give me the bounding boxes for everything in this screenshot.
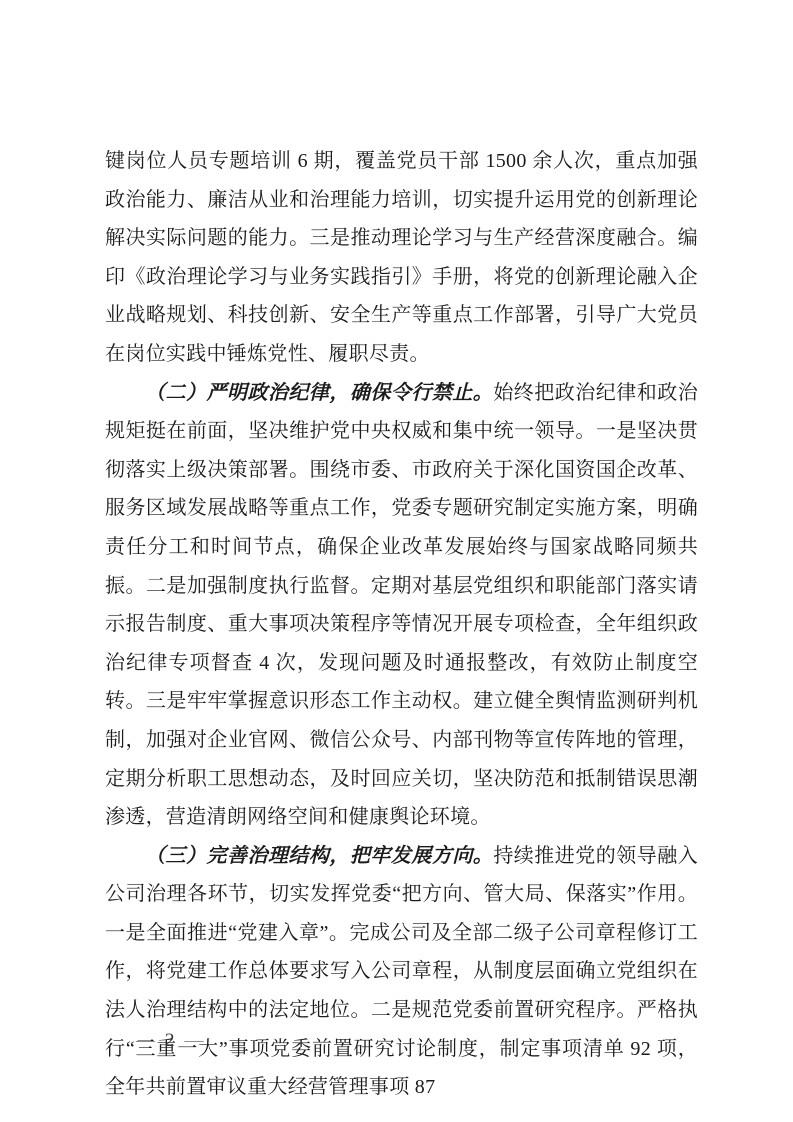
paragraph-text: 持续推进党的领导融入公司治理各环节，切实发挥党委“把方向、管大局、保落实”作用。… [105, 845, 698, 1099]
section-3-heading: （三）完善治理结构，把牢发展方向。 [145, 845, 493, 867]
page-number: 2 [165, 1029, 175, 1053]
document-page: 键岗位人员专题培训 6 期，覆盖党员干部 1500 余人次，重点加强政治能力、廉… [0, 0, 793, 1122]
paragraph-text: 键岗位人员专题培训 6 期，覆盖党员干部 1500 余人次，重点加强政治能力、廉… [105, 150, 698, 365]
page-footer: —2— [136, 1029, 204, 1053]
paragraph-section-3: （三）完善治理结构，把牢发展方向。持续推进党的领导融入公司治理各环节，切实发挥党… [105, 837, 698, 1107]
paragraph-text: 始终把政治纪律和政治规矩挺在前面，坚决维护党中央权威和集中统一领导。一是坚决贯彻… [105, 382, 698, 829]
document-body: 键岗位人员专题培训 6 期，覆盖党员干部 1500 余人次，重点加强政治能力、廉… [105, 142, 698, 1107]
footer-dash-right: — [185, 1030, 204, 1051]
footer-dash-left: — [136, 1030, 155, 1051]
paragraph-continuation: 键岗位人员专题培训 6 期，覆盖党员干部 1500 余人次，重点加强政治能力、廉… [105, 142, 698, 374]
section-2-heading: （二）严明政治纪律，确保令行禁止。 [145, 382, 493, 404]
paragraph-section-2: （二）严明政治纪律，确保令行禁止。始终把政治纪律和政治规矩挺在前面，坚决维护党中… [105, 374, 698, 837]
